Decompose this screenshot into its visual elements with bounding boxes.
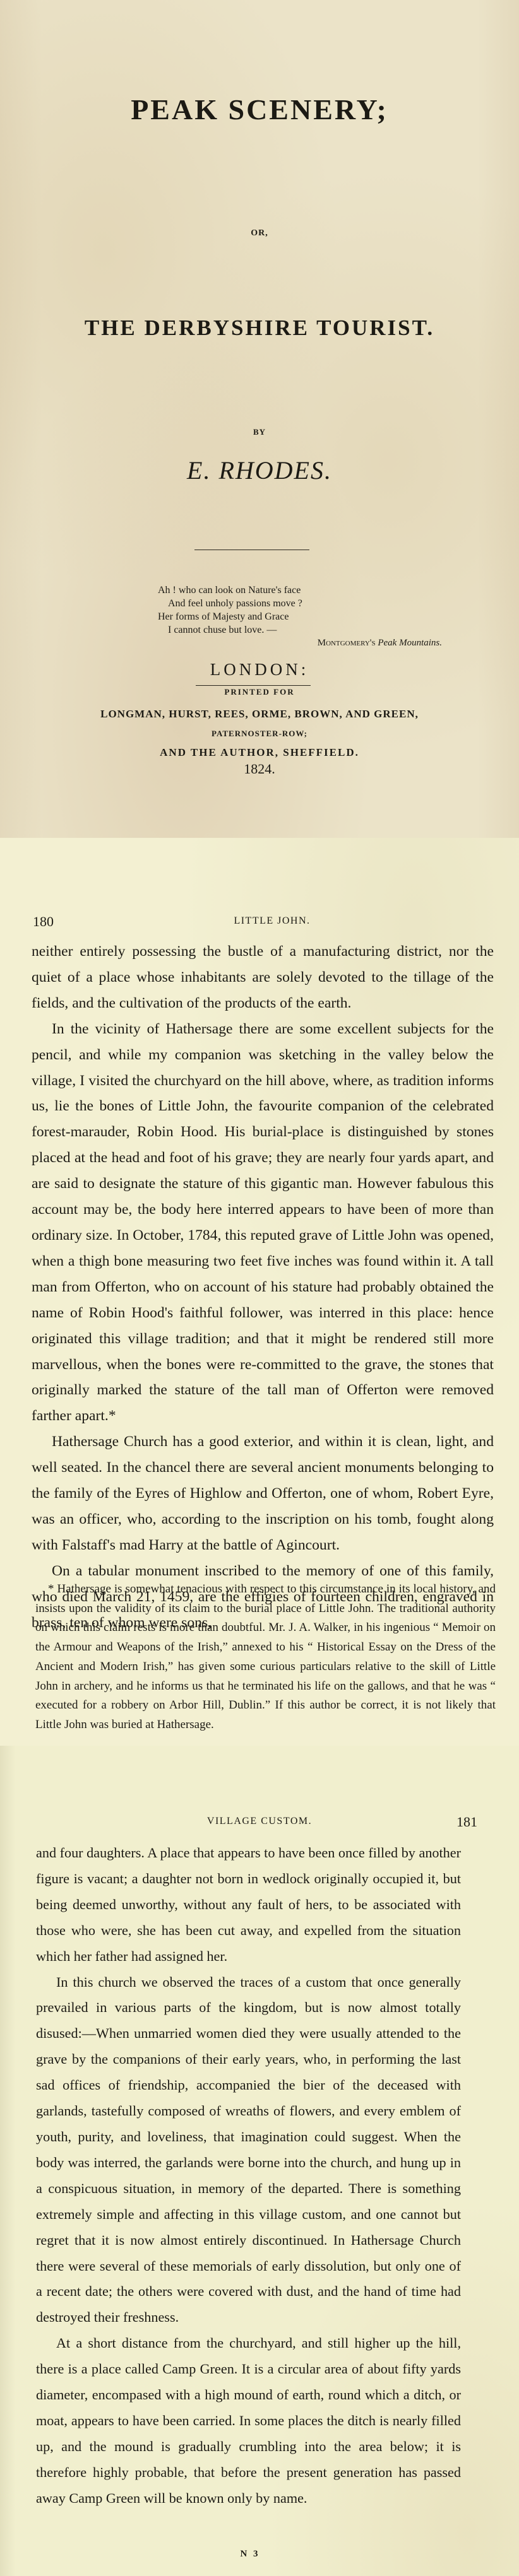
running-head-title: LITTLE JOHN. [58,915,486,927]
footnote-text: * Hathersage is somewhat tenacious with … [35,1580,496,1735]
title-conjunction: OR, [0,228,519,238]
page-number: 180 [33,914,54,930]
body-text: neither entirely possessing the bustle o… [32,939,494,1635]
imprint-printed-for: PRINTED FOR [0,687,519,697]
title-page: PEAK SCENERY; OR, THE DERBYSHIRE TOURIST… [0,0,519,838]
imprint-street: PATERNOSTER-ROW; [0,729,519,739]
paragraph: At a short distance from the churchyard,… [36,2331,461,2511]
epigraph-line: Her forms of Majesty and Grace [158,610,455,623]
page-181: VILLAGE CUSTOM. 181 and four daughters. … [0,1746,519,2576]
paragraph: and four daughters. A place that appears… [36,1840,461,1970]
book-subtitle: THE DERBYSHIRE TOURIST. [0,315,519,341]
epigraph-line: I cannot chuse but love. — [158,623,455,637]
epigraph-attribution: Montgomery's Peak Mountains. [158,637,455,650]
paragraph: In the vicinity of Hathersage there are … [32,1016,494,1430]
book-title: PEAK SCENERY; [0,93,519,126]
running-head: 180 LITTLE JOHN. [33,914,486,930]
paragraph: In this church we observed the traces of… [36,1970,461,2331]
paragraph: Hathersage Church has a good exterior, a… [32,1429,494,1558]
imprint-publishers: LONGMAN, HURST, REES, ORME, BROWN, AND G… [0,708,519,720]
epigraph-line: And feel unholy passions move ? [158,597,455,610]
signature-mark: N 3 [0,2549,519,2560]
imprint-city: LONDON: [0,660,519,679]
page-number: 181 [456,1814,477,1830]
epigraph-line: Ah ! who can look on Nature's face [158,584,455,597]
footnote: * Hathersage is somewhat tenacious with … [35,1580,496,1735]
attribution-work: Peak Mountains. [378,638,442,648]
ornamental-rule-top [194,550,309,550]
running-head: VILLAGE CUSTOM. 181 [33,1814,486,1830]
ornamental-rule-bottom [196,685,311,686]
imprint-author-location: AND THE AUTHOR, SHEFFIELD. [0,746,519,759]
page-180: 180 LITTLE JOHN. neither entirely posses… [0,838,519,1746]
author-name: E. RHODES. [0,456,519,485]
body-text: and four daughters. A place that appears… [36,1840,461,2512]
byline-label: BY [0,427,519,437]
running-head-title: VILLAGE CUSTOM. [33,1816,486,1827]
epigraph: Ah ! who can look on Nature's face And f… [158,584,455,650]
attribution-author: Montgomery's [318,638,376,648]
imprint-year: 1824. [0,761,519,777]
paragraph: neither entirely possessing the bustle o… [32,939,494,1016]
